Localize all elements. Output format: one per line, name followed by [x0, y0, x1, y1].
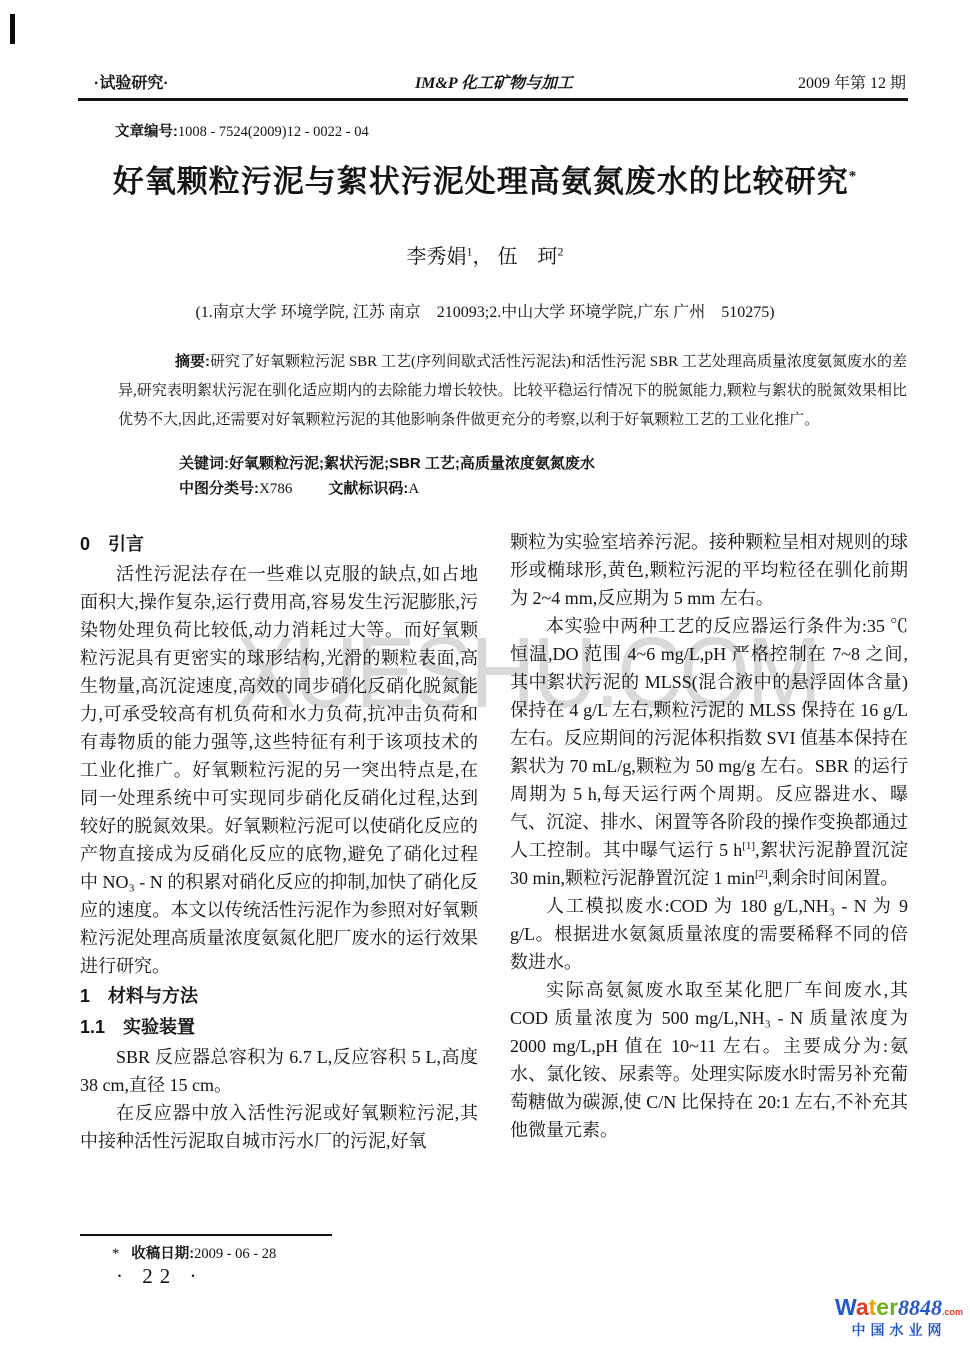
paper-title-text: 好氧颗粒污泥与絮状污泥处理高氨氮废水的比较研究 [113, 164, 849, 199]
sludge-paragraph-continued: 颗粒为实验室培养污泥。接种颗粒呈相对规则的球形或椭球形,黄色,颗粒污泥的平均粒径… [510, 528, 908, 612]
logo-number: 8848 [898, 1295, 942, 1320]
author-2-affil-mark: 2 [558, 244, 564, 258]
received-date-label: 收稿日期: [131, 1246, 194, 1262]
doc-code-value: A [408, 481, 419, 497]
footnote-star: * [112, 1246, 119, 1262]
logo-letter-r: r [889, 1294, 898, 1320]
abstract-text: 研究了好氧颗粒污泥 SBR 工艺(序列间歇式活性污泥法)和活性污泥 SBR 工艺… [118, 354, 907, 428]
keywords-text: 好氧颗粒污泥;絮状污泥;SBR 工艺;高质量浓度氨氮废水 [229, 455, 595, 472]
synthetic-wastewater-paragraph: 人工模拟废水:COD 为 180 g/L,NH₃ - N 为 9 g/L。根据进… [510, 892, 908, 976]
sludge-paragraph: 在反应器中放入活性污泥或好氧颗粒污泥,其中接种活性污泥取自城市污水厂的污泥,好氧 [80, 1099, 478, 1155]
logo-letter-a: a [856, 1294, 869, 1320]
footnote-rule [80, 1234, 332, 1236]
article-number-label: 文章编号: [115, 124, 178, 140]
logo-subtitle: 中国水业网 [833, 1323, 965, 1337]
right-column: 颗粒为实验室培养污泥。接种颗粒呈相对规则的球形或椭球形,黄色,颗粒污泥的平均粒径… [510, 528, 908, 1144]
author-2: ， 伍 珂 [473, 246, 558, 268]
scanned-paper-page: XUESHU.COM ·试验研究· IM&P 化工矿物与加工 2009 年第 1… [0, 0, 970, 1355]
logo-com-suffix: .com [942, 1307, 963, 1317]
keywords-label: 关键词: [179, 455, 229, 472]
intro-paragraph: 活性污泥法存在一些难以克服的缺点,如占地面积大,操作复杂,运行费用高,容易发生污… [80, 560, 478, 980]
real-wastewater-paragraph: 实际高氨氮废水取至某化肥厂车间废水,其 COD 质量浓度为 500 mg/L,N… [510, 976, 908, 1144]
abstract-label: 摘要: [175, 353, 210, 370]
issue-info: 2009 年第 12 期 [798, 70, 906, 93]
logo-letter-w: W [835, 1294, 856, 1320]
operating-conditions-text: 本实验中两种工艺的反应器运行条件为:35 ℃恒温,DO 范围 4~6 mg/L,… [510, 616, 908, 860]
idle-text: ,剩余时间闲置。 [768, 868, 899, 888]
left-column: 0 引言 活性污泥法存在一些难以克服的缺点,如占地面积大,操作复杂,运行费用高,… [80, 528, 478, 1155]
header-rule [78, 98, 908, 101]
article-number: 文章编号:1008 - 7524(2009)12 - 0022 - 04 [115, 120, 369, 141]
journal-header: ·试验研究· IM&P 化工矿物与加工 2009 年第 12 期 [80, 70, 908, 92]
reference-2: [2] [755, 868, 768, 880]
section-heading-methods: 1 材料与方法 [80, 981, 478, 1011]
logo-letter-e: e [876, 1294, 889, 1320]
operating-conditions-paragraph: 本实验中两种工艺的反应器运行条件为:35 ℃恒温,DO 范围 4~6 mg/L,… [510, 612, 908, 892]
water8848-logo: Water8848.com 中国水业网 [833, 1296, 965, 1337]
keywords: 关键词:好氧颗粒污泥;絮状污泥;SBR 工艺;高质量浓度氨氮废水 [179, 452, 595, 473]
authors: 李秀娟1， 伍 珂2 [0, 240, 970, 269]
logo-wordmark: Water8848.com [833, 1296, 965, 1319]
abstract: 摘要:研究了好氧颗粒污泥 SBR 工艺(序列间歇式活性污泥法)和活性污泥 SBR… [118, 347, 907, 435]
paper-title: 好氧颗粒污泥与絮状污泥处理高氨氮废水的比较研究* [0, 156, 970, 201]
apparatus-paragraph: SBR 反应器总容积为 6.7 L,反应容积 5 L,高度 38 cm,直径 1… [80, 1043, 478, 1099]
section-heading-intro: 0 引言 [80, 529, 478, 559]
journal-name: IM&P 化工矿物与加工 [80, 70, 908, 93]
page-number: · 22 · [116, 1264, 204, 1289]
affiliation: (1.南京大学 环境学院, 江苏 南京 210093;2.中山大学 环境学院,广… [0, 299, 970, 322]
author-1: 李秀娟 [407, 246, 467, 268]
article-number-value: 1008 - 7524(2009)12 - 0022 - 04 [178, 124, 369, 140]
clc-label: 中图分类号: [179, 480, 259, 497]
subsection-heading-apparatus: 1.1 实验装置 [80, 1012, 478, 1042]
received-date-value: 2009 - 06 - 28 [194, 1246, 276, 1262]
clc-value: X786 [259, 481, 292, 497]
received-date-footnote: *收稿日期:2009 - 06 - 28 [112, 1242, 276, 1263]
doc-code-label: 文献标识码: [328, 480, 408, 497]
title-footnote-mark: * [849, 169, 858, 185]
page-content: ·试验研究· IM&P 化工矿物与加工 2009 年第 12 期 文章编号:10… [0, 0, 970, 1355]
classification-line: 中图分类号:X786文献标识码:A [179, 477, 419, 498]
reference-1: [1] [742, 840, 755, 852]
